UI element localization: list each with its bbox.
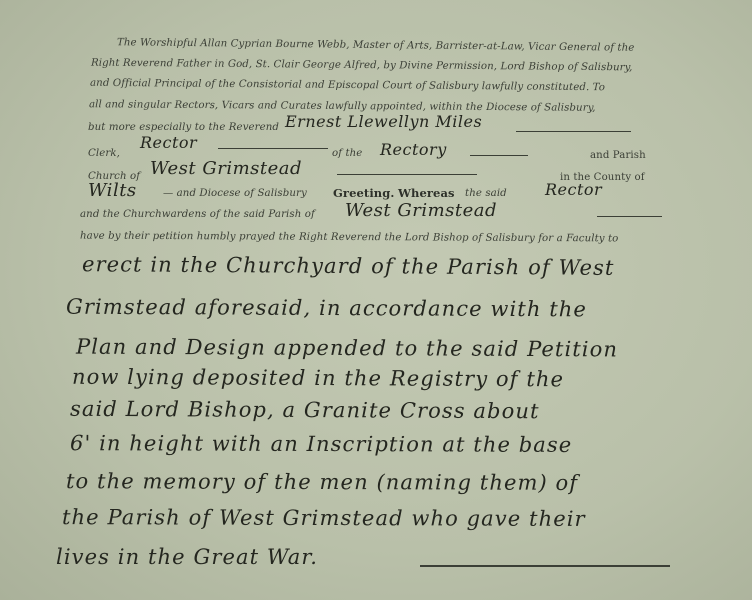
petition-line: have by their petition humbly prayed the… xyxy=(80,231,618,245)
body-line-5: said Lord Bishop, a Granite Cross about xyxy=(70,397,540,423)
blank-rule xyxy=(218,148,328,149)
body-line-9: lives in the Great War. xyxy=(56,545,318,569)
body-line-4: now lying deposited in the Registry of t… xyxy=(72,365,564,392)
document-page: The Worshipful Allan Cyprian Bourne Webb… xyxy=(0,0,752,600)
whereas-text: Whereas xyxy=(398,186,455,200)
the-said-value: Rector xyxy=(545,180,602,199)
printed-line-1: The Worshipful Allan Cyprian Bourne Webb… xyxy=(117,37,635,53)
body-line-2: Grimstead aforesaid, in accordance with … xyxy=(66,295,587,322)
printed-line-5: but more especially to the Reverend xyxy=(88,122,279,133)
parish-of-value: West Grimstead xyxy=(345,200,497,221)
body-line-6: 6' in height with an Inscription at the … xyxy=(70,431,572,457)
blank-rule xyxy=(597,216,662,217)
closing-rule xyxy=(420,565,670,567)
of-the-label: of the xyxy=(332,148,362,159)
body-line-8: the Parish of West Grimstead who gave th… xyxy=(62,505,586,531)
greeting-label: Greeting. xyxy=(333,186,395,200)
printed-line-2: Right Reverend Father in God, St. Clair … xyxy=(91,58,633,74)
whereas-label: Whereas xyxy=(398,186,455,200)
and-parish-label: and Parish xyxy=(590,150,646,161)
body-line-1: erect in the Churchyard of the Parish of… xyxy=(82,252,615,280)
the-said-label: the said xyxy=(465,188,507,199)
churchwardens-label: and the Churchwardens of the said Parish… xyxy=(80,209,315,220)
church-of-value: West Grimstead xyxy=(150,158,302,179)
body-line-7: to the memory of the men (naming them) o… xyxy=(66,469,578,495)
blank-rule xyxy=(470,155,528,156)
reverend-name-value: Ernest Llewellyn Miles xyxy=(285,112,482,131)
body-line-3: Plan and Design appended to the said Pet… xyxy=(76,335,618,362)
printed-line-3: and Official Principal of the Consistori… xyxy=(90,78,605,93)
blank-rule xyxy=(516,131,631,132)
greeting-text: Greeting. xyxy=(333,186,395,200)
benefice-value: Rectory xyxy=(380,140,447,159)
blank-rule xyxy=(337,174,477,175)
clerk-title-value: Rector xyxy=(140,133,197,152)
diocese-label: — and Diocese of Salisbury xyxy=(163,188,307,199)
county-value: Wilts xyxy=(88,180,137,201)
clerk-label: Clerk, xyxy=(88,148,120,159)
